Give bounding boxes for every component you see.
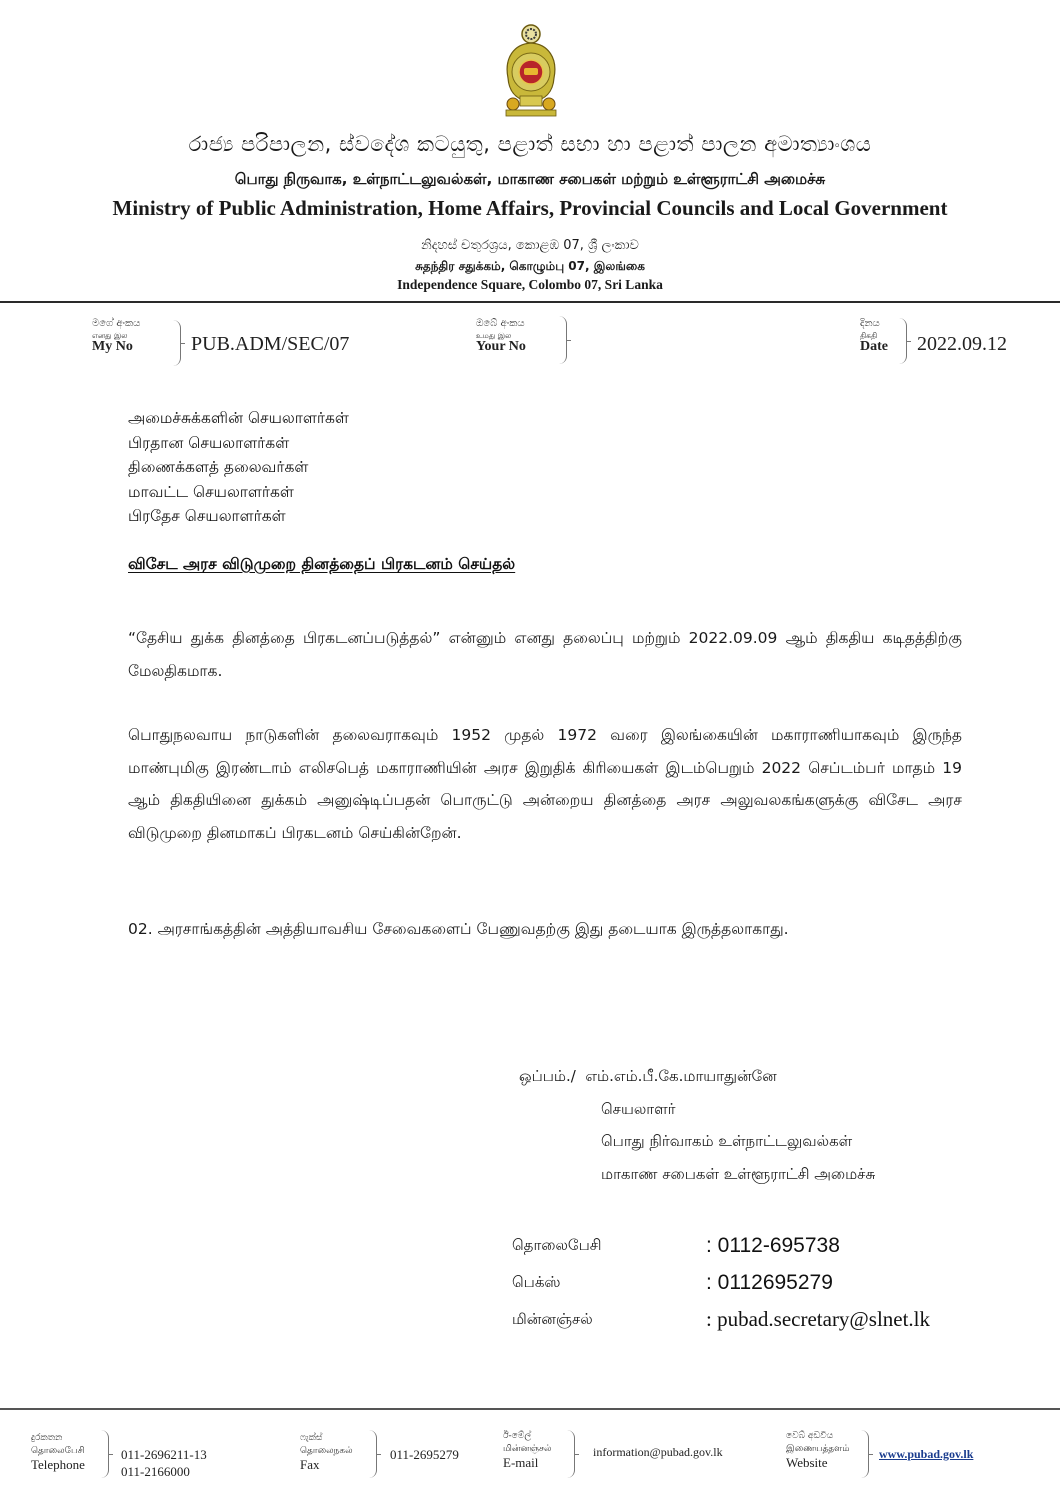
letter-subject: விசேட அரச விடுமுறை தினத்தைப் பிரகடனம் செ… (128, 555, 515, 575)
recipients-list: அமைச்சுக்களின் செயலாளர்கள் பிரதான செயலாள… (128, 406, 349, 529)
recipient: அமைச்சுக்களின் செயலாளர்கள் (128, 406, 349, 431)
date-brace (898, 318, 907, 364)
contact-label: பெக்ஸ் (512, 1273, 706, 1293)
contact-table: தொலைபேசி : 0112-695738 பெக்ஸ் : 01126952… (512, 1227, 930, 1338)
address-english: Independence Square, Colombo 07, Sri Lan… (0, 277, 1060, 293)
my-no-value: PUB.ADM/SEC/07 (191, 333, 349, 356)
footer-website-label-english: Website (786, 1456, 850, 1469)
footer-fax-label-english: Fax (300, 1458, 353, 1471)
recipient: பிரதான செயலாளர்கள் (128, 431, 349, 456)
footer-telephone-label-sinhala: දුරකතන (31, 1432, 85, 1445)
your-no-label-sinhala: ඔබේ අංකය (476, 318, 526, 330)
signature-block: ஒப்பம்./ எம்.எம்.பீ.கே.மாயாதுன்னே செயலாள… (519, 1060, 875, 1190)
footer-telephone-value: 011-2166000 (121, 1463, 207, 1480)
contact-label: தொலைபேசி (512, 1236, 706, 1256)
recipient: மாவட்ட செயலாளர்கள் (128, 480, 349, 505)
footer-website-label-sinhala: වෙබ් අඩවිය (786, 1430, 850, 1443)
national-emblem-icon (500, 0, 562, 118)
date-value: 2022.09.12 (917, 333, 1007, 356)
contact-value: : 0112695279 (706, 1271, 833, 1295)
footer-website-brace (860, 1430, 869, 1478)
body-paragraph-3: 02. அரசாங்கத்தின் அத்தியாவசிய சேவைகளைப் … (128, 913, 962, 946)
signed-prefix: ஒப்பம்./ (519, 1067, 576, 1085)
footer-telephone-label: දුරකතන தொலைபேசி Telephone (31, 1432, 85, 1471)
footer-website-value: www.pubad.gov.lk (879, 1446, 973, 1463)
body-paragraph-1: “தேசிய துக்க தினத்தை பிரகடனப்படுத்தல்” எ… (128, 622, 962, 687)
footer-email-label-sinhala: ඊ-මේල් (503, 1430, 551, 1443)
contact-email[interactable]: : pubad.secretary@slnet.lk (706, 1307, 930, 1332)
recipient: பிரதேச செயலாளர்கள் (128, 504, 349, 529)
footer-fax-label: ෆැක්ස් தொலைநகல் Fax (300, 1432, 353, 1471)
your-no-brace (558, 316, 567, 364)
contact-value: : 0112-695738 (706, 1234, 840, 1258)
your-no-label: ඔබේ අංකය உமது இல Your No (476, 318, 526, 353)
date-label-sinhala: දිනය (860, 318, 888, 330)
footer-email-value[interactable]: information@pubad.gov.lk (593, 1444, 723, 1461)
ministry-name-sinhala: රාජ්‍ය පරිපාලන, ස්වදේශ කටයුතු, පළාත් සභා… (0, 132, 1060, 157)
footer-telephone-brace (100, 1430, 109, 1478)
your-no-label-english: Your No (476, 341, 526, 353)
contact-row-email: மின்னஞ்சல் : pubad.secretary@slnet.lk (512, 1301, 930, 1338)
my-no-brace (172, 320, 181, 366)
my-no-label-english: My No (92, 341, 140, 353)
footer-email-label-english: E-mail (503, 1456, 551, 1469)
footer-website-label: වෙබ් අඩවිය இணையத்தளம் Website (786, 1430, 850, 1469)
footer-fax-label-sinhala: ෆැක්ස් (300, 1432, 353, 1445)
ministry-name-tamil: பொது நிருவாக, உள்நாட்டலுவல்கள், மாகாண சப… (0, 170, 1060, 190)
address-tamil: சுதந்திர சதுக்கம், கொழும்பு 07, இலங்கை (0, 259, 1060, 275)
contact-row-fax: பெக்ஸ் : 0112695279 (512, 1264, 930, 1301)
signatory-ministry-line-2: மாகாண சபைகள் உள்ளூராட்சி அமைச்சு (519, 1158, 875, 1191)
ministry-name-english: Ministry of Public Administration, Home … (0, 196, 1060, 221)
contact-row-telephone: தொலைபேசி : 0112-695738 (512, 1227, 930, 1264)
signatory-ministry-line-1: பொது நிர்வாகம் உள்நாட்டலுவல்கள் (519, 1125, 875, 1158)
signatory-name: எம்.எம்.பீ.கே.மாயாதுன்னே (585, 1067, 776, 1085)
footer-telephone-value: 011-2696211-13 (121, 1446, 207, 1463)
my-no-label-sinhala: මගේ අංකය (92, 318, 140, 330)
footer-email-brace (566, 1430, 575, 1478)
footer-fax-value: 011-2695279 (390, 1446, 459, 1463)
address-sinhala: නිදහස් චතුරශ්‍රය, කොළඹ 07, ශ්‍රී ලංකාව (0, 238, 1060, 253)
footer-fax-brace (368, 1430, 377, 1478)
recipient: திணைக்களத் தலைவர்கள் (128, 455, 349, 480)
date-label-english: Date (860, 341, 888, 353)
date-label: දිනය திகதி Date (860, 318, 888, 353)
my-no-label: මගේ අංකය எனது இல My No (92, 318, 140, 353)
header-divider (0, 301, 1060, 303)
signatory-line: ஒப்பம்./ எம்.எம்.பீ.கே.மாயாதுன்னே (519, 1060, 875, 1093)
footer-email-label: ඊ-මේල් மின்னஞ்சல் E-mail (503, 1430, 551, 1469)
footer-telephone-values: 011-2696211-13 011-2166000 (121, 1446, 207, 1480)
website-link[interactable]: www.pubad.gov.lk (879, 1447, 973, 1461)
contact-label: மின்னஞ்சல் (512, 1310, 706, 1330)
signatory-title: செயலாளர் (519, 1093, 875, 1126)
footer-divider (0, 1408, 1060, 1410)
footer-telephone-label-english: Telephone (31, 1458, 85, 1471)
body-paragraph-2: பொதுநலவாய நாடுகளின் தலைவராகவும் 1952 முத… (128, 719, 962, 849)
